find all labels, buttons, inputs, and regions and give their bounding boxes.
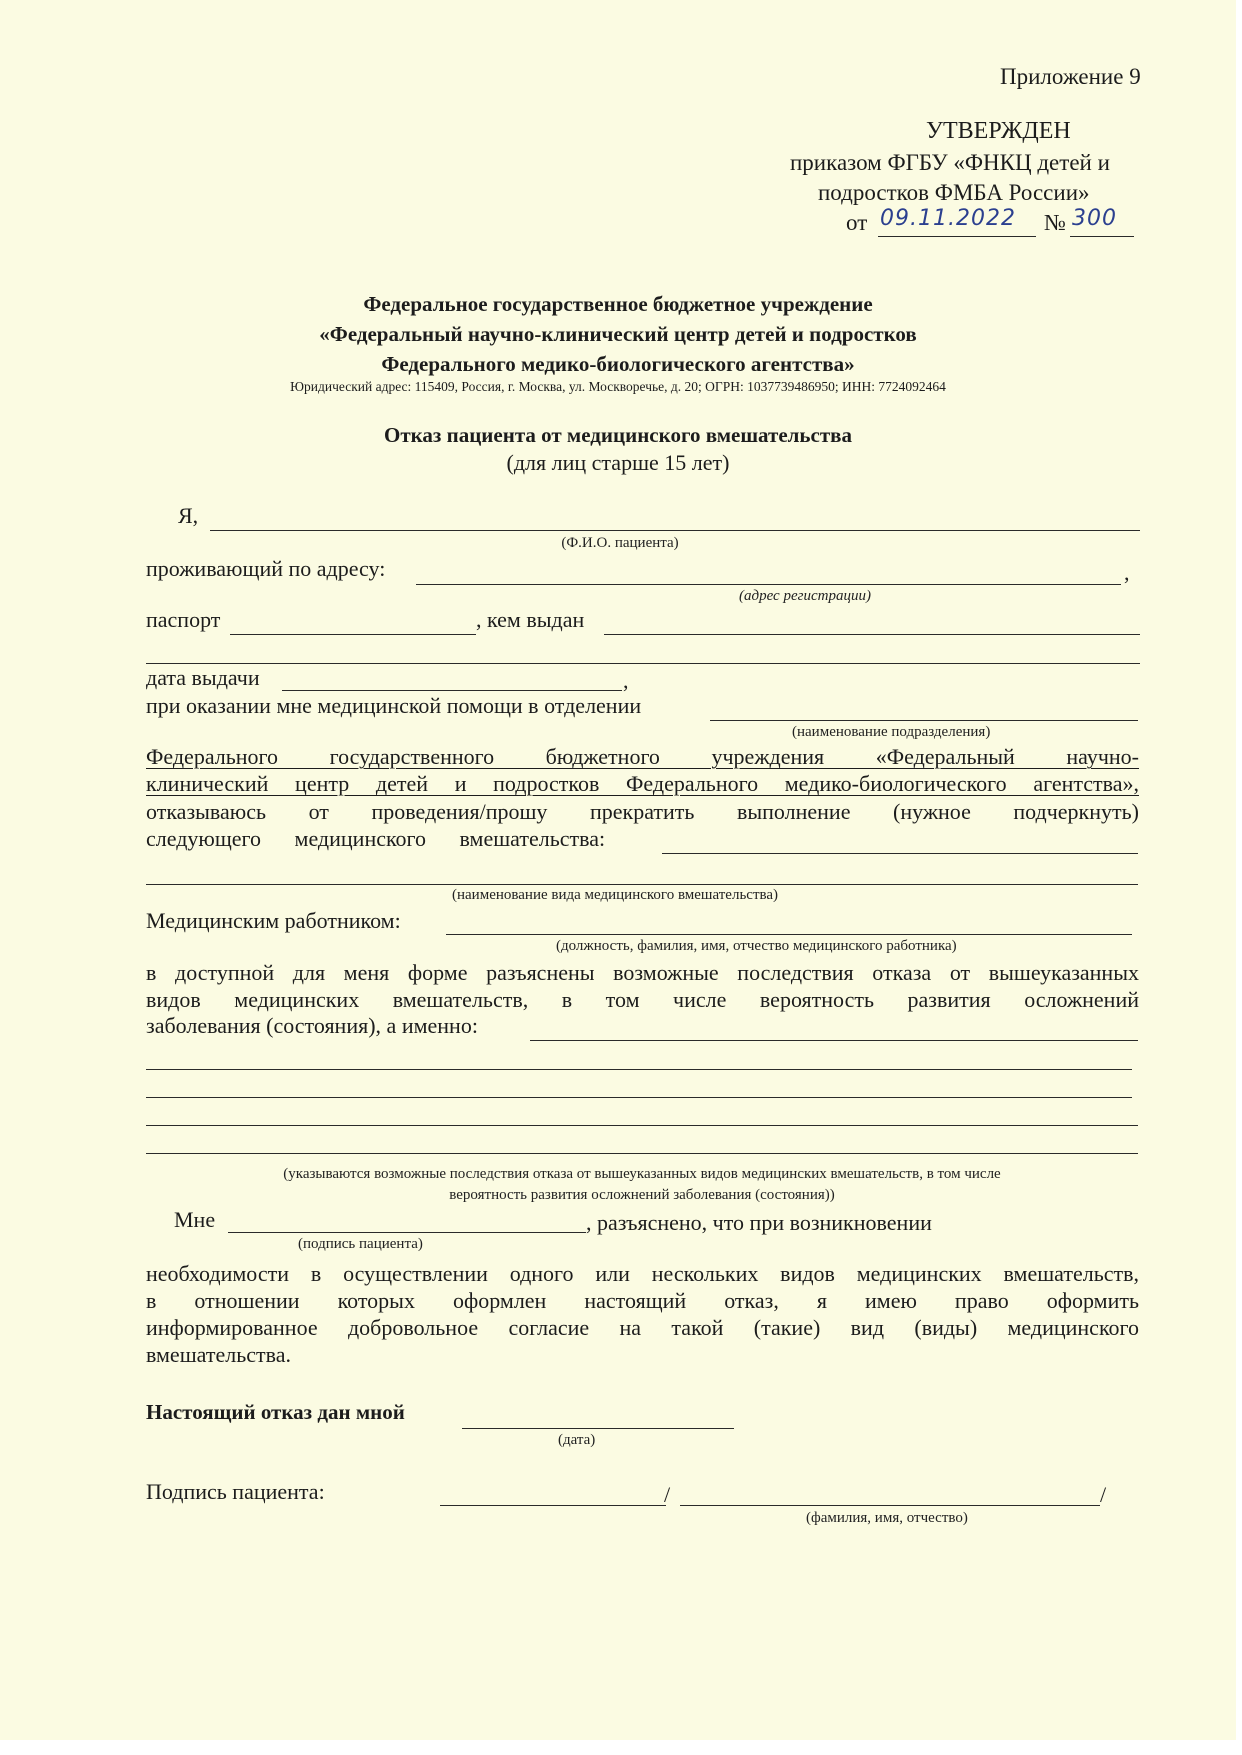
- patient-signature-field[interactable]: [228, 1232, 586, 1233]
- consequences-field-4[interactable]: [146, 1125, 1138, 1126]
- consequences-field-2[interactable]: [146, 1069, 1132, 1070]
- org-name-line-1: Федеральное государственное бюджетное уч…: [0, 292, 1236, 317]
- slash-2: /: [1100, 1482, 1106, 1508]
- consequences-note-line-1: (указываются возможные последствия отказ…: [146, 1166, 1138, 1183]
- right-line-1: необходимости в осуществлении одного или…: [146, 1261, 1139, 1287]
- worker-field[interactable]: [446, 934, 1132, 935]
- approved-label: УТВЕРЖДЕН: [926, 118, 1071, 145]
- issued-by-field[interactable]: [604, 634, 1140, 635]
- org-name-line-2: «Федеральный научно-клинический центр де…: [0, 322, 1236, 347]
- consequences-field[interactable]: [530, 1040, 1138, 1041]
- address-label: проживающий по адресу:: [146, 556, 385, 582]
- order-number-prefix: №: [1044, 210, 1066, 236]
- worker-label: Медицинским работником:: [146, 908, 401, 934]
- department-field[interactable]: [710, 720, 1138, 721]
- address-comma: ,: [1124, 560, 1130, 586]
- appendix-label: Приложение 9: [1000, 64, 1141, 90]
- issue-date-field[interactable]: [282, 690, 622, 691]
- refusal-line-2: следующего медицинского вмешательства:: [146, 826, 605, 852]
- signature-note: (подпись пациента): [298, 1236, 423, 1253]
- right-line-3: информированное добровольное согласие на…: [146, 1315, 1139, 1341]
- intervention-note: (наименование вида медицинского вмешател…: [452, 887, 778, 904]
- given-label: Настоящий отказ дан мной: [146, 1400, 405, 1425]
- explained-line-3: заболевания (состояния), а именно:: [146, 1013, 478, 1039]
- order-number-line: [1070, 236, 1134, 237]
- institution-line-1: Федерального государственного бюджетного…: [146, 744, 1139, 770]
- passport-label: паспорт: [146, 607, 220, 633]
- order-line-1: приказом ФГБУ «ФНКЦ детей и: [790, 150, 1110, 176]
- document-page: Приложение 9 УТВЕРЖДЕН приказом ФГБУ «ФН…: [0, 0, 1236, 1740]
- issue-date-label: дата выдачи: [146, 665, 260, 691]
- document-subtitle: (для лиц старше 15 лет): [0, 450, 1236, 476]
- department-note: (наименование подразделения): [792, 724, 990, 741]
- order-date-line: [878, 236, 1036, 237]
- intervention-field-continued[interactable]: [146, 884, 1138, 885]
- issued-by-label: , кем выдан: [476, 607, 584, 633]
- patient-signature-label: Подпись пациента:: [146, 1479, 325, 1505]
- explained-line-2: видов медицинских вмешательств, в том чи…: [146, 987, 1139, 1013]
- order-number-value: 300: [1072, 206, 1117, 231]
- consequences-field-5[interactable]: [146, 1153, 1138, 1154]
- org-name-line-3: Федерального медико-биологического агент…: [0, 352, 1236, 377]
- worker-note: (должность, фамилия, имя, отчество медиц…: [556, 938, 957, 955]
- consequences-note-line-2: вероятность развития осложнений заболева…: [146, 1187, 1138, 1204]
- order-date-prefix: от: [846, 210, 867, 236]
- address-note: (адрес регистрации): [690, 588, 920, 605]
- refusal-date-field[interactable]: [462, 1428, 734, 1429]
- order-date-value: 09.11.2022: [880, 206, 1016, 231]
- order-line-2: подростков ФМБА России»: [818, 180, 1090, 206]
- right-line-4: вмешательства.: [146, 1342, 291, 1368]
- refusal-line-1: отказываюсь от проведения/прошу прекрати…: [146, 799, 1139, 825]
- right-line-2: в отношении которых оформлен настоящий о…: [146, 1288, 1139, 1314]
- department-label: при оказании мне медицинской помощи в от…: [146, 693, 641, 719]
- issued-by-field-continued[interactable]: [146, 663, 1140, 664]
- address-field[interactable]: [416, 584, 1121, 585]
- document-title: Отказ пациента от медицинского вмешатель…: [0, 423, 1236, 448]
- passport-field[interactable]: [230, 634, 476, 635]
- consequences-field-3[interactable]: [146, 1097, 1132, 1098]
- patient-name-note: (Ф.И.О. пациента): [470, 535, 770, 552]
- me-label: Мне: [174, 1207, 215, 1233]
- explained-line-1: в доступной для меня форме разъяснены во…: [146, 960, 1139, 986]
- me-suffix: , разъяснено, что при возникновении: [586, 1210, 932, 1236]
- final-fio-field[interactable]: [680, 1505, 1100, 1506]
- issue-date-comma: ,: [623, 668, 629, 694]
- institution-line-2: клинический центр детей и подростков Фед…: [146, 771, 1139, 797]
- refusal-date-note: (дата): [558, 1432, 595, 1449]
- fio-note: (фамилия, имя, отчество): [806, 1510, 968, 1527]
- org-legal-address: Юридический адрес: 115409, Россия, г. Мо…: [0, 379, 1236, 395]
- slash-1: /: [664, 1482, 670, 1508]
- intervention-field[interactable]: [662, 853, 1138, 854]
- final-signature-field[interactable]: [440, 1505, 666, 1506]
- patient-label: Я,: [178, 503, 198, 529]
- patient-name-field[interactable]: [210, 530, 1140, 531]
